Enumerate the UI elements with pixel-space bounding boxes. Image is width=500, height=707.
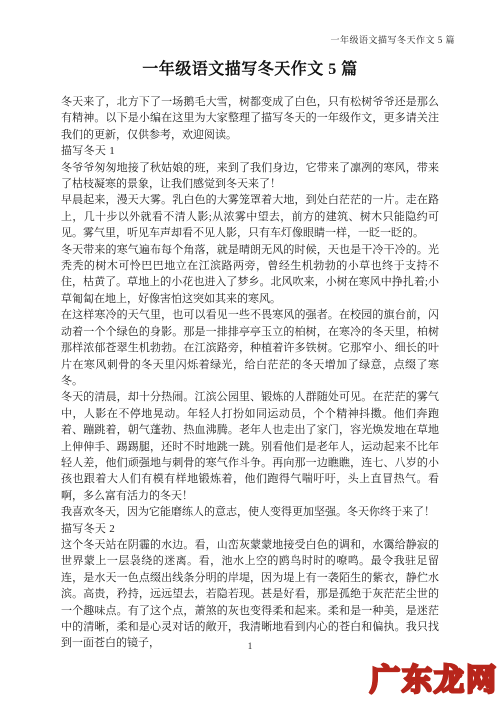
intro-paragraph: 冬天来了，北方下了一场鹅毛大雪，树都变成了白色，只有松树爷爷还是那么有精神。以下… — [61, 94, 439, 143]
document-page: 一年级语文描写冬天作文 5 篇 一年级语文描写冬天作文 5 篇 冬天来了，北方下… — [0, 0, 500, 707]
watermark-guangdong-long-net: 广东龙网 — [370, 655, 498, 699]
document-body: 冬天来了，北方下了一场鹅毛大雪，树都变成了白色，只有松树爷爷还是那么有精神。以下… — [61, 94, 439, 652]
body-paragraph: 我喜欢冬天，因为它能磨练人的意志，使人变得更加坚强。冬天你终于来了！ — [61, 504, 439, 520]
document-title: 一年级语文描写冬天作文 5 篇 — [0, 56, 500, 79]
body-paragraph: 早晨起来，漫天大雾。乳白色的大雾笼罩着大地，到处白茫茫的一片。走在路上，几十步以… — [61, 192, 439, 241]
body-paragraph: 冬天的清晨，却十分热闹。江滨公园里、锻炼的人群随处可见。在茫茫的雾气中，人影在不… — [61, 389, 439, 504]
page-number: 1 — [0, 641, 500, 651]
body-paragraph: 冬爷爷匆匆地接了秋姑娘的班，来到了我们身边，它带来了凛冽的寒风，带来了枯枝凝寒的… — [61, 160, 439, 193]
body-paragraph: 这个冬天站在阴霾的水边。看，山峦灰蒙蒙地接受白色的调和，水霭给静寂的世界蒙上一层… — [61, 537, 439, 652]
section-heading-1: 描写冬天 1 — [61, 143, 439, 159]
section-heading-2: 描写冬天 2 — [61, 521, 439, 537]
page-header-running-title: 一年级语文描写冬天作文 5 篇 — [330, 33, 455, 46]
body-paragraph: 在这样寒冷的天气里，也可以看见一些不畏寒风的强者。在校园的旗台前，闪动着一个个绿… — [61, 307, 439, 389]
body-paragraph: 冬天带来的寒气遍布每个角落，就是晴朗无风的时候，天也是干冷干冷的。光秃秃的树木可… — [61, 242, 439, 308]
